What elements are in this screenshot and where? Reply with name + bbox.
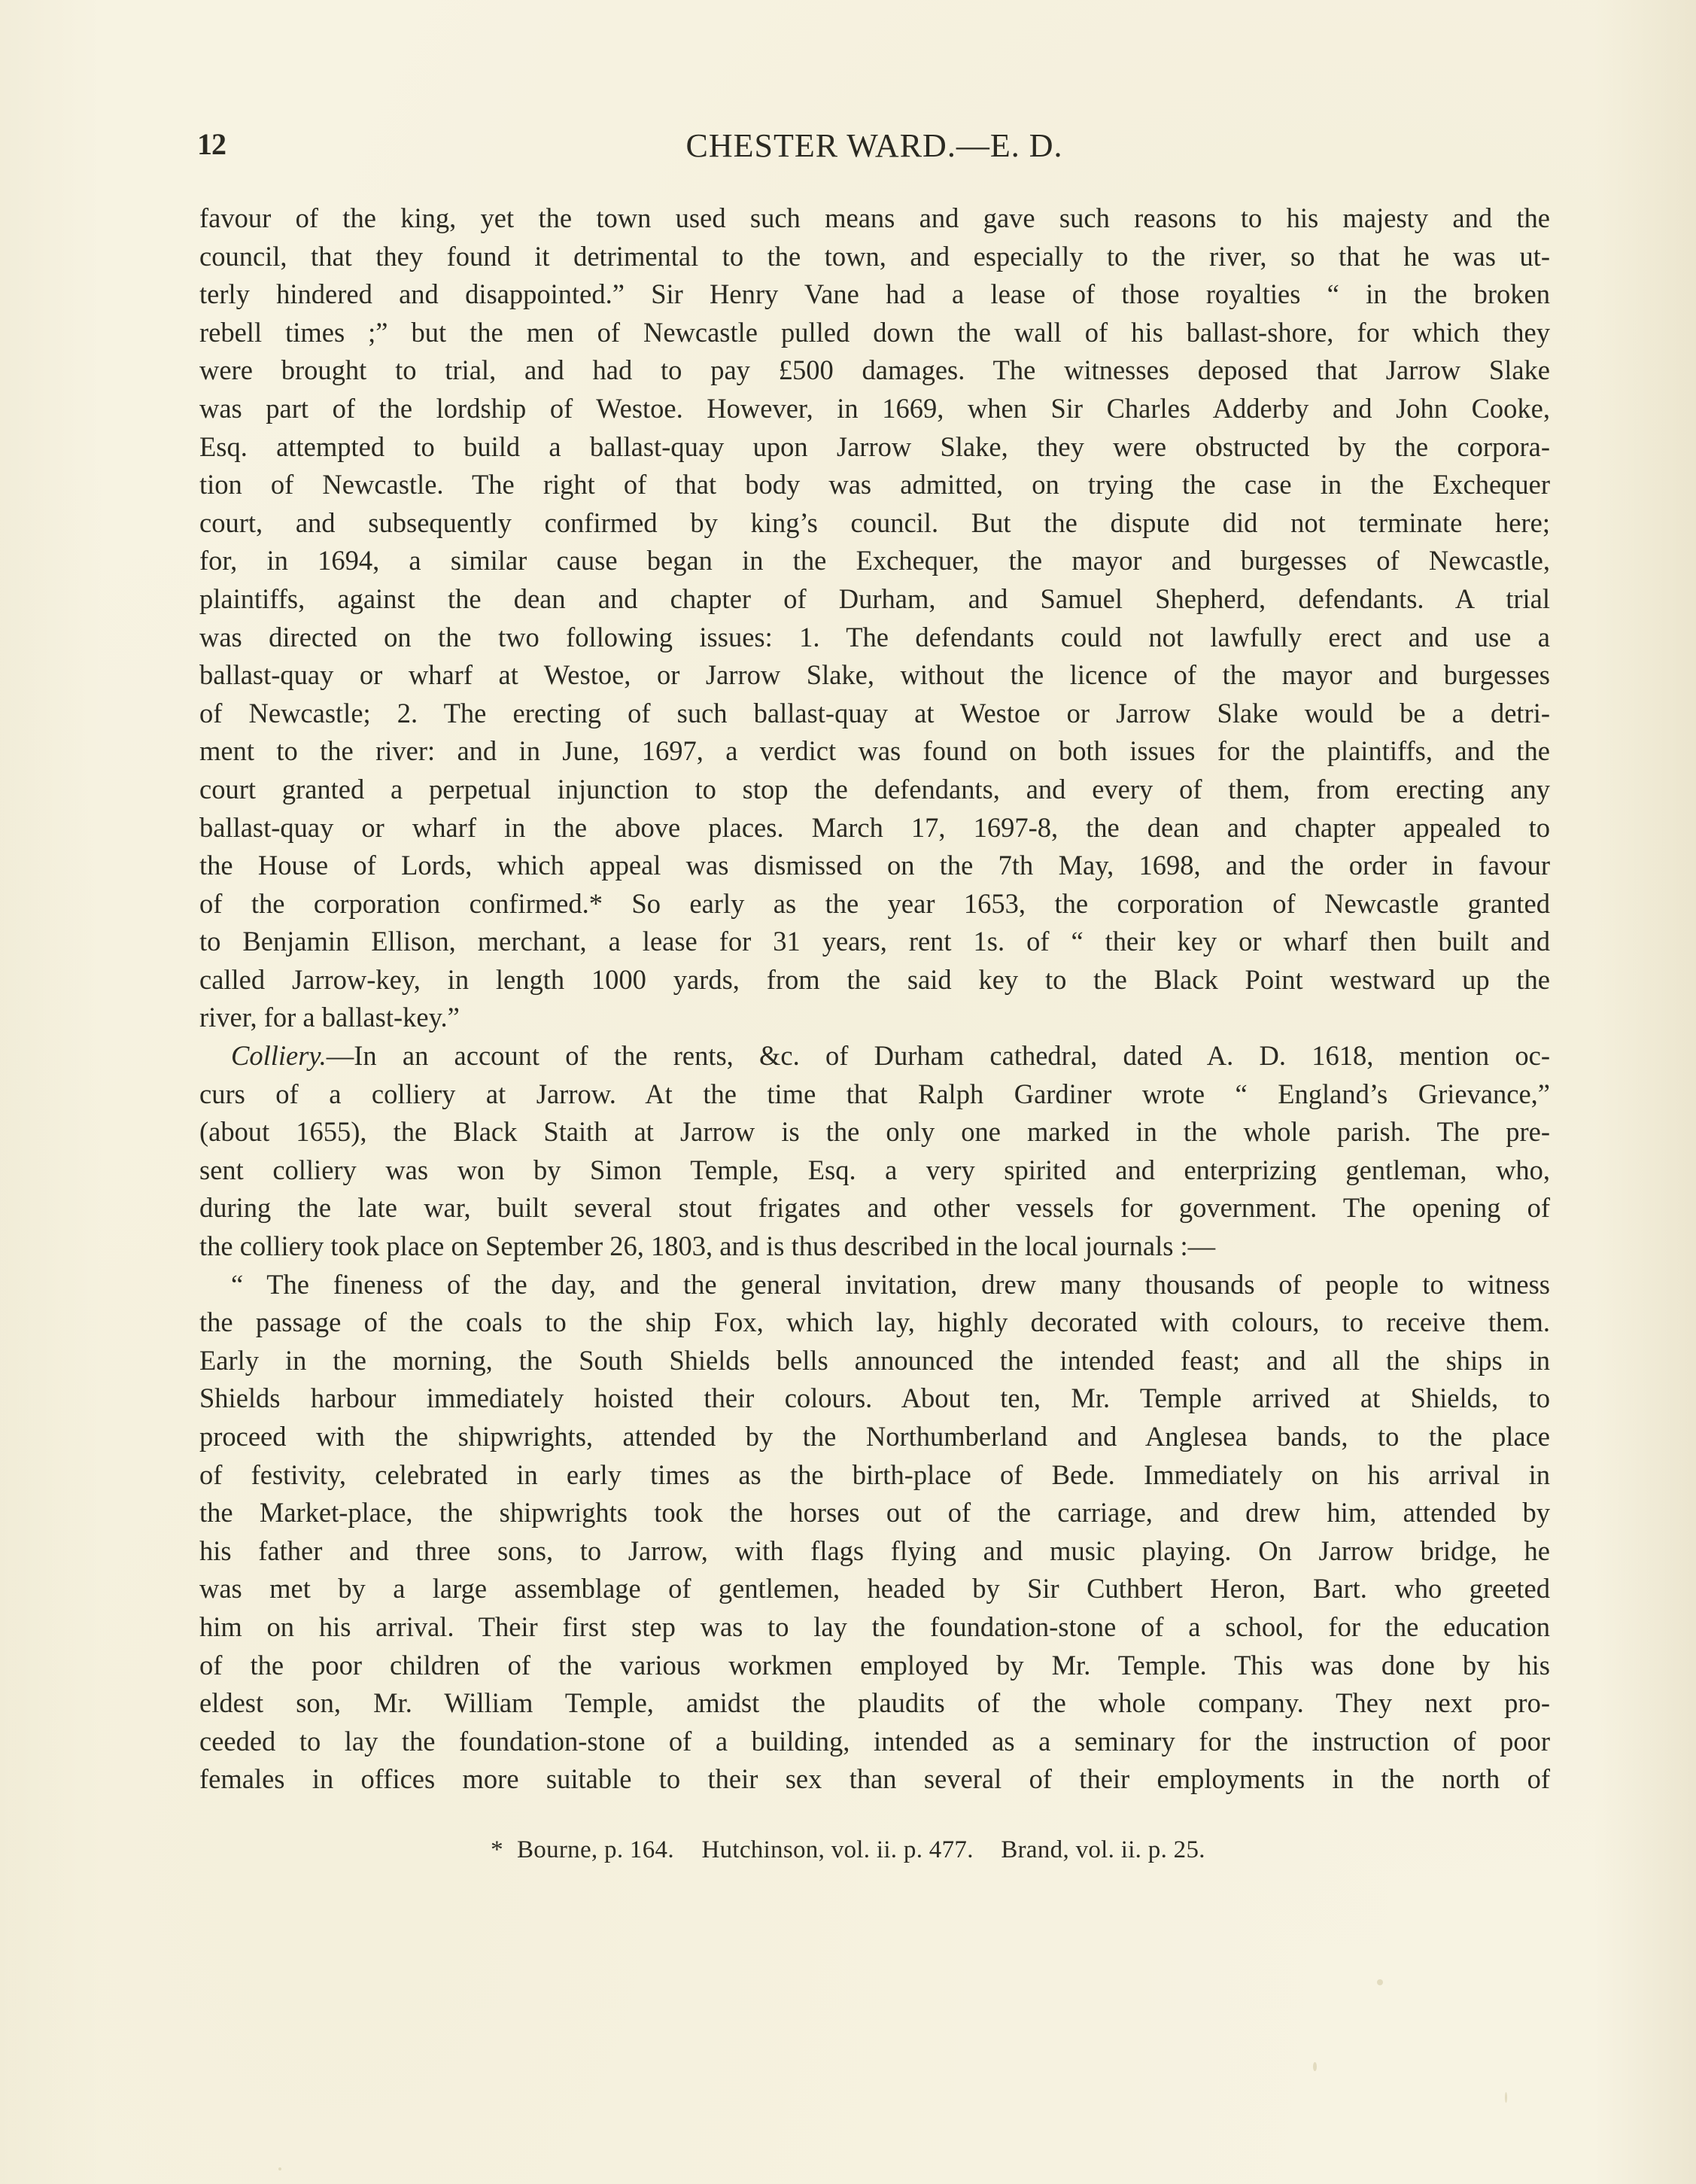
quote-paragraph-start: “ The fineness of the day, and the gener… [199,1266,1550,1304]
text-line: of the poor children of the various work… [199,1647,1550,1685]
text-line: ballast-quay or wharf in the above place… [199,809,1550,847]
text-line: for, in 1694, a similar cause began in t… [199,542,1550,580]
text-line: him on his arrival. Their first step was… [199,1608,1550,1647]
footnote-citation-bourne: Bourne, p. 164. [517,1836,674,1863]
text-line: tion of Newcastle. The right of that bod… [199,466,1550,504]
running-head: 12 CHESTER WARD.—E. D. [197,126,1552,172]
text-line: during the late war, built several stout… [199,1189,1550,1227]
paper-speck [278,2167,281,2170]
text-line: council, that they found it detrimental … [199,238,1550,276]
text-line: (about 1655), the Black Staith at Jarrow… [199,1113,1550,1151]
text-line: ballast-quay or wharf at Westoe, or Jarr… [199,656,1550,695]
text-line: the Market-place, the shipwrights took t… [199,1494,1550,1532]
text-line: rebell times ;” but the men of Newcastle… [199,314,1550,352]
text-line: favour of the king, yet the town used su… [199,199,1550,238]
text-line: of festivity, celebrated in early times … [199,1456,1550,1495]
body-text: favour of the king, yet the town used su… [199,199,1550,1799]
text-line: of Newcastle; 2. The erecting of such ba… [199,695,1550,733]
text-line: the House of Lords, which appeal was dis… [199,847,1550,885]
text-line: Shields harbour immediately hoisted thei… [199,1379,1550,1418]
text-line: ceeded to lay the foundation-stone of a … [199,1723,1550,1761]
text-line: were brought to trial, and had to pay £5… [199,351,1550,390]
book-page: 12 CHESTER WARD.—E. D. favour of the kin… [0,0,1696,2184]
colliery-heading: Colliery. [231,1040,327,1071]
text-line: was met by a large assemblage of gentlem… [199,1570,1550,1608]
text-line: sent colliery was won by Simon Temple, E… [199,1151,1550,1190]
text-line: females in offices more suitable to thei… [199,1760,1550,1799]
text-line: to Benjamin Ellison, merchant, a lease f… [199,923,1550,961]
text-line: court, and subsequently confirmed by kin… [199,504,1550,543]
paper-speck [1377,1979,1383,1985]
text-line: of the corporation confirmed.* So early … [199,885,1550,923]
text-line: his father and three sons, to Jarrow, wi… [199,1532,1550,1571]
text-line: eldest son, Mr. William Temple, amidst t… [199,1684,1550,1723]
paper-speck [1505,2092,1507,2103]
text-line: Esq. attempted to build a ballast-quay u… [199,428,1550,467]
footnote-citation-brand: Brand, vol. ii. p. 25. [1001,1836,1205,1863]
text-line: curs of a colliery at Jarrow. At the tim… [199,1075,1550,1114]
text-line: the colliery took place on September 26,… [199,1227,1550,1266]
paper-speck [1313,2062,1317,2071]
text-line: proceed with the shipwrights, attended b… [199,1418,1550,1456]
footnote-citation-hutchinson: Hutchinson, vol. ii. p. 477. [701,1836,973,1863]
text-line: the passage of the coals to the ship Fox… [199,1303,1550,1342]
text-line: ment to the river: and in June, 1697, a … [199,732,1550,771]
running-title: CHESTER WARD.—E. D. [197,126,1552,165]
footnote: *Bourne, p. 164. Hutchinson, vol. ii. p.… [0,1836,1696,1864]
footnote-marker: * [491,1836,503,1863]
text-line: Early in the morning, the South Shields … [199,1342,1550,1380]
colliery-paragraph-start: Colliery.—In an account of the rents, &c… [199,1037,1550,1075]
text-line: court granted a perpetual injunction to … [199,771,1550,809]
text-line: river, for a ballast-key.” [199,999,1550,1037]
text-line: terly hindered and disappointed.” Sir He… [199,275,1550,314]
text-line: was part of the lordship of Westoe. Howe… [199,390,1550,428]
text-line: plaintiffs, against the dean and chapter… [199,580,1550,619]
text-line: was directed on the two following issues… [199,619,1550,657]
text-line: called Jarrow-key, in length 1000 yards,… [199,961,1550,999]
